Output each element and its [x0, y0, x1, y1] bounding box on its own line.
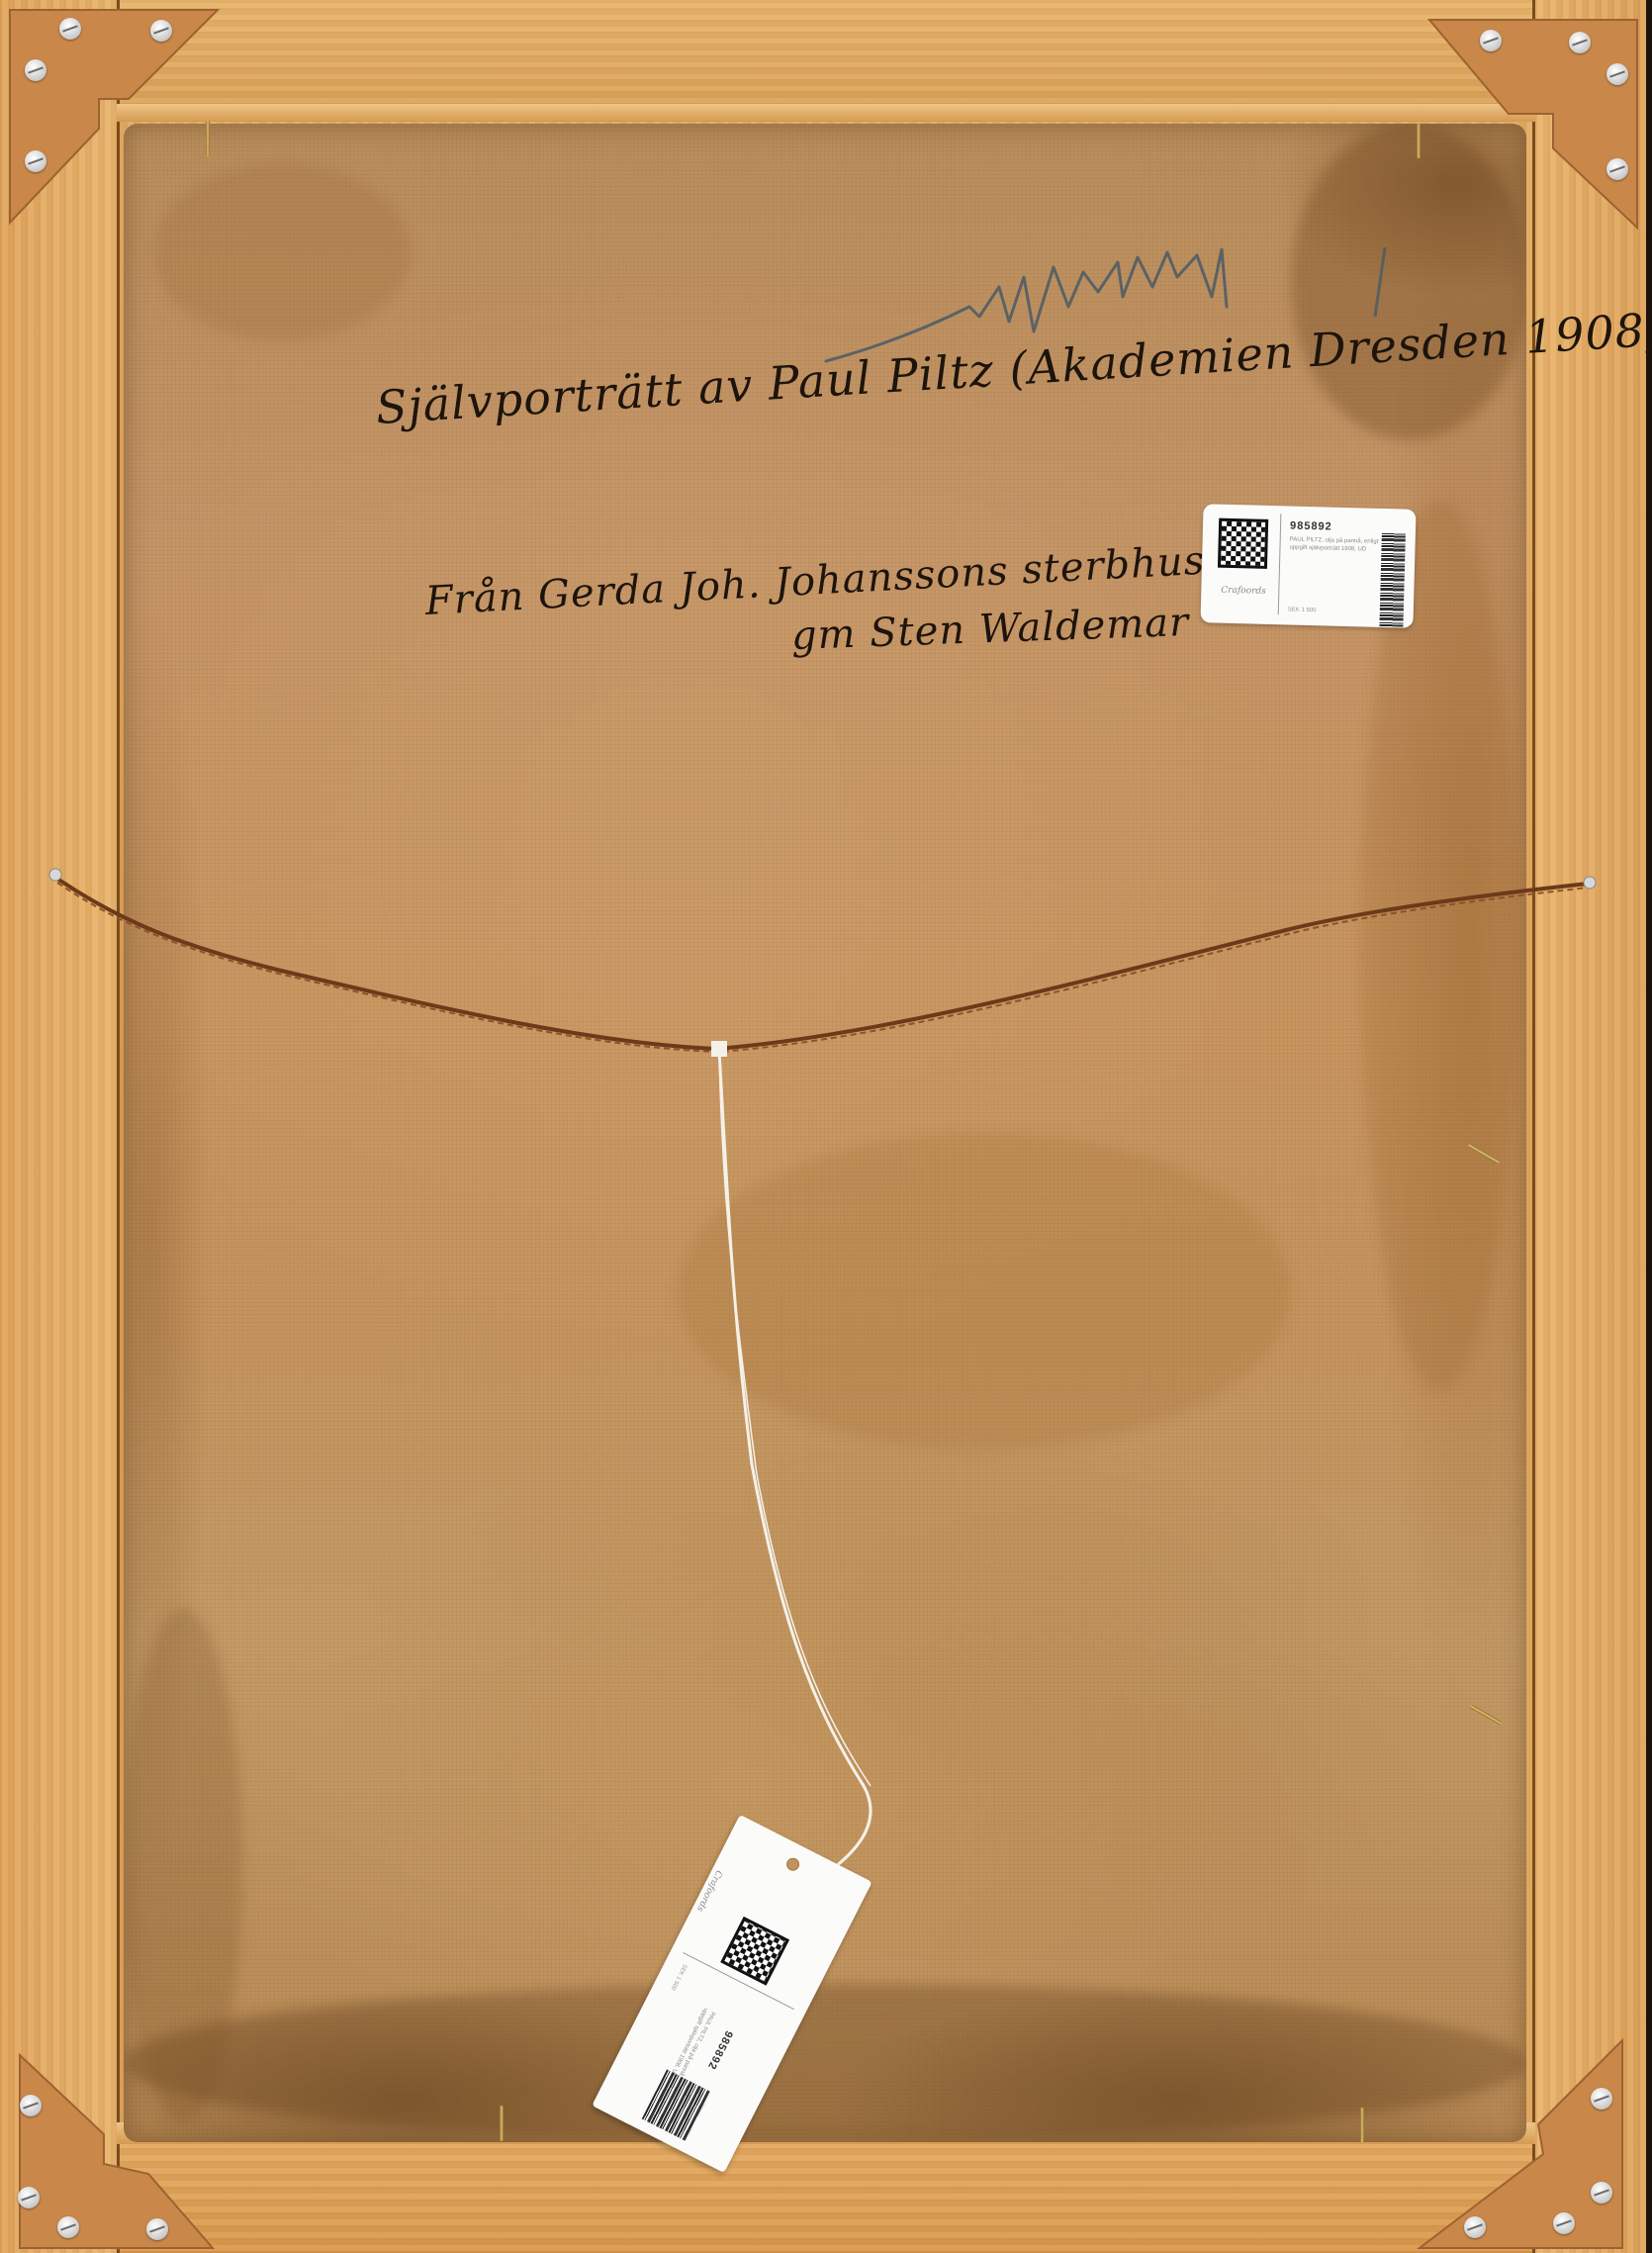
corner-bracket-top-right	[1415, 0, 1652, 237]
screw-icon	[1606, 158, 1628, 180]
label-divider	[1278, 514, 1282, 614]
screw-icon	[150, 20, 172, 42]
tag-eyelet-hole	[784, 1855, 801, 1872]
lot-number: 985892	[705, 2028, 735, 2072]
screw-icon	[25, 150, 46, 172]
screw-icon	[1591, 2182, 1612, 2204]
cardboard-backing-panel	[124, 124, 1526, 2142]
water-stain	[124, 1984, 1526, 2142]
screw-icon	[20, 2095, 42, 2116]
screw-icon	[1606, 63, 1628, 85]
auction-house-logo: Crafoords	[1221, 586, 1266, 597]
nail	[500, 2106, 504, 2141]
screw-icon	[1480, 30, 1502, 51]
frame-left-rail	[0, 0, 120, 2253]
corner-bracket-bottom-left	[0, 2016, 237, 2253]
water-stain	[1360, 500, 1518, 1390]
qr-code-icon	[720, 1917, 789, 1986]
lot-price: SEK 1 500	[670, 1963, 688, 1991]
screw-icon	[1569, 32, 1591, 53]
stretcher-strip-top	[117, 104, 1535, 122]
screw-icon	[25, 59, 46, 81]
nail	[1360, 2108, 1364, 2143]
screw-icon	[146, 2218, 168, 2240]
screw-icon	[1464, 2216, 1486, 2238]
frame-bottom-rail	[0, 2141, 1652, 2253]
screw-icon	[1553, 2212, 1575, 2234]
barcode-icon	[642, 2069, 711, 2141]
screw-icon	[59, 18, 81, 40]
water-stain	[678, 1133, 1291, 1450]
corner-bracket-top-left	[0, 0, 237, 237]
lot-price: SEK 1 500	[1288, 607, 1317, 613]
auction-sticker-label: Crafoords 985892 PAUL PILTZ, olja på pan…	[1200, 504, 1416, 628]
lot-number: 985892	[1290, 520, 1332, 533]
barcode-icon	[1379, 532, 1405, 627]
lot-description: PAUL PILTZ, olja på pannå, enligt uppgif…	[1289, 535, 1383, 553]
screw-icon	[1591, 2088, 1612, 2110]
corner-bracket-bottom-right	[1415, 2016, 1652, 2253]
frame-top-rail	[0, 0, 1652, 119]
qr-code-icon	[1218, 518, 1268, 569]
screw-icon	[18, 2187, 40, 2208]
screw-icon	[57, 2216, 79, 2238]
